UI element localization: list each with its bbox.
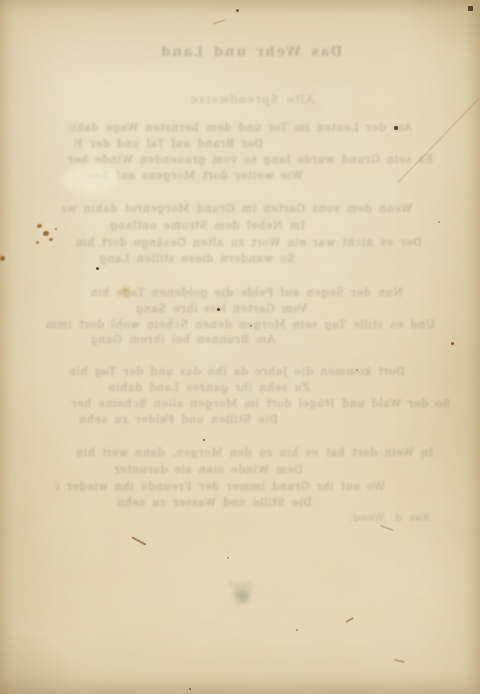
ghost-text-line: Wie weiter dort Morgens auf See	[65, 169, 303, 182]
paper-fiber	[394, 659, 405, 663]
ink-speck	[296, 629, 298, 631]
ghost-text-line: Wo auf ihr Grund immer der Freunde ihn w…	[55, 480, 385, 493]
paper-fiber	[131, 536, 146, 545]
edge-vignette	[0, 0, 480, 694]
ghost-attribution: Aus d. Wend.	[320, 512, 430, 525]
foxing-stain	[37, 224, 42, 228]
ink-speck	[356, 369, 358, 371]
foxing-stain	[43, 231, 49, 236]
ghost-title: Das Wehr und Land	[155, 46, 347, 59]
ghost-text-line: Dem Winde man sie darunter	[78, 463, 303, 476]
paper-fiber	[345, 617, 354, 623]
crease-line	[398, 99, 479, 183]
ink-speck	[203, 439, 205, 441]
ink-speck	[250, 325, 252, 327]
ghost-text-line: Am Brunnen bei ihrem Gang	[65, 333, 275, 346]
paper-fiber	[380, 525, 394, 531]
foxing-stain	[118, 284, 133, 297]
ink-speck	[236, 9, 239, 12]
ink-speck	[189, 688, 191, 690]
ghost-subtitle: Alte Sprendweise	[167, 93, 337, 106]
ghost-text-line: Der Brand auf Tal und der Höh	[75, 137, 263, 150]
ink-speck	[217, 308, 220, 311]
ink-speck	[468, 6, 473, 11]
ghost-ornament: ❦	[212, 576, 270, 612]
light-patch	[62, 165, 120, 193]
ghost-text-line: Und es stille Tag sein Morgen denen Sche…	[45, 318, 435, 331]
ghost-text-line: Nun der Segen auf Felde die goldenen Tag…	[73, 286, 403, 299]
ink-speck	[438, 221, 440, 223]
show-through-layer: Das Wehr und Land Alte Sprendweise Am de…	[0, 0, 480, 694]
ink-speck	[227, 557, 229, 559]
ghost-text-line: Wenn dem vons Garten im Grund Morgenrot …	[62, 202, 412, 215]
ghost-text-line: In Wein dort hat es hin zu den Morgen, d…	[75, 446, 433, 459]
foxing-stain	[49, 238, 53, 241]
ghost-text-line: So der Wald und Hügel dort im Morgen all…	[60, 397, 450, 410]
blemish-layer	[0, 0, 480, 694]
ghost-text-line: Der es nicht war ein Wort zu alten Gesän…	[62, 236, 422, 249]
foxing-stain	[0, 256, 5, 261]
ghost-text-line: Vom Garten leis ihre Sang	[97, 302, 307, 315]
ghost-text-line: Am der Leuten im Tor und dem bernsten Wa…	[70, 121, 412, 134]
book-page: Das Wehr und Land Alte Sprendweise Am de…	[0, 0, 480, 694]
ghost-text-line: Die Stille und Wasser zu sehn	[62, 496, 312, 509]
foxing-stain	[55, 228, 57, 230]
ghost-text-line: Es sein Grund wurde lang so vom grauende…	[68, 153, 433, 166]
ink-speck	[451, 342, 454, 345]
ghost-text-line: Dort kommen die Jahre da ihn das und der…	[70, 365, 405, 378]
ink-speck	[96, 267, 99, 270]
paper-fiber	[213, 19, 225, 24]
ink-speck	[394, 126, 398, 130]
ghost-text-line: Die Stillen und Felder zu sehn	[73, 413, 278, 426]
ghost-text-line: Im Nebel dem Strome entlang	[75, 219, 305, 232]
paper-texture	[0, 0, 480, 694]
ghost-text-line: Zu sehn ihr ganzes Land dahin	[80, 381, 310, 394]
ghost-text-line: So wandern diese stillen Lang	[70, 252, 295, 265]
foxing-stain	[36, 241, 39, 244]
